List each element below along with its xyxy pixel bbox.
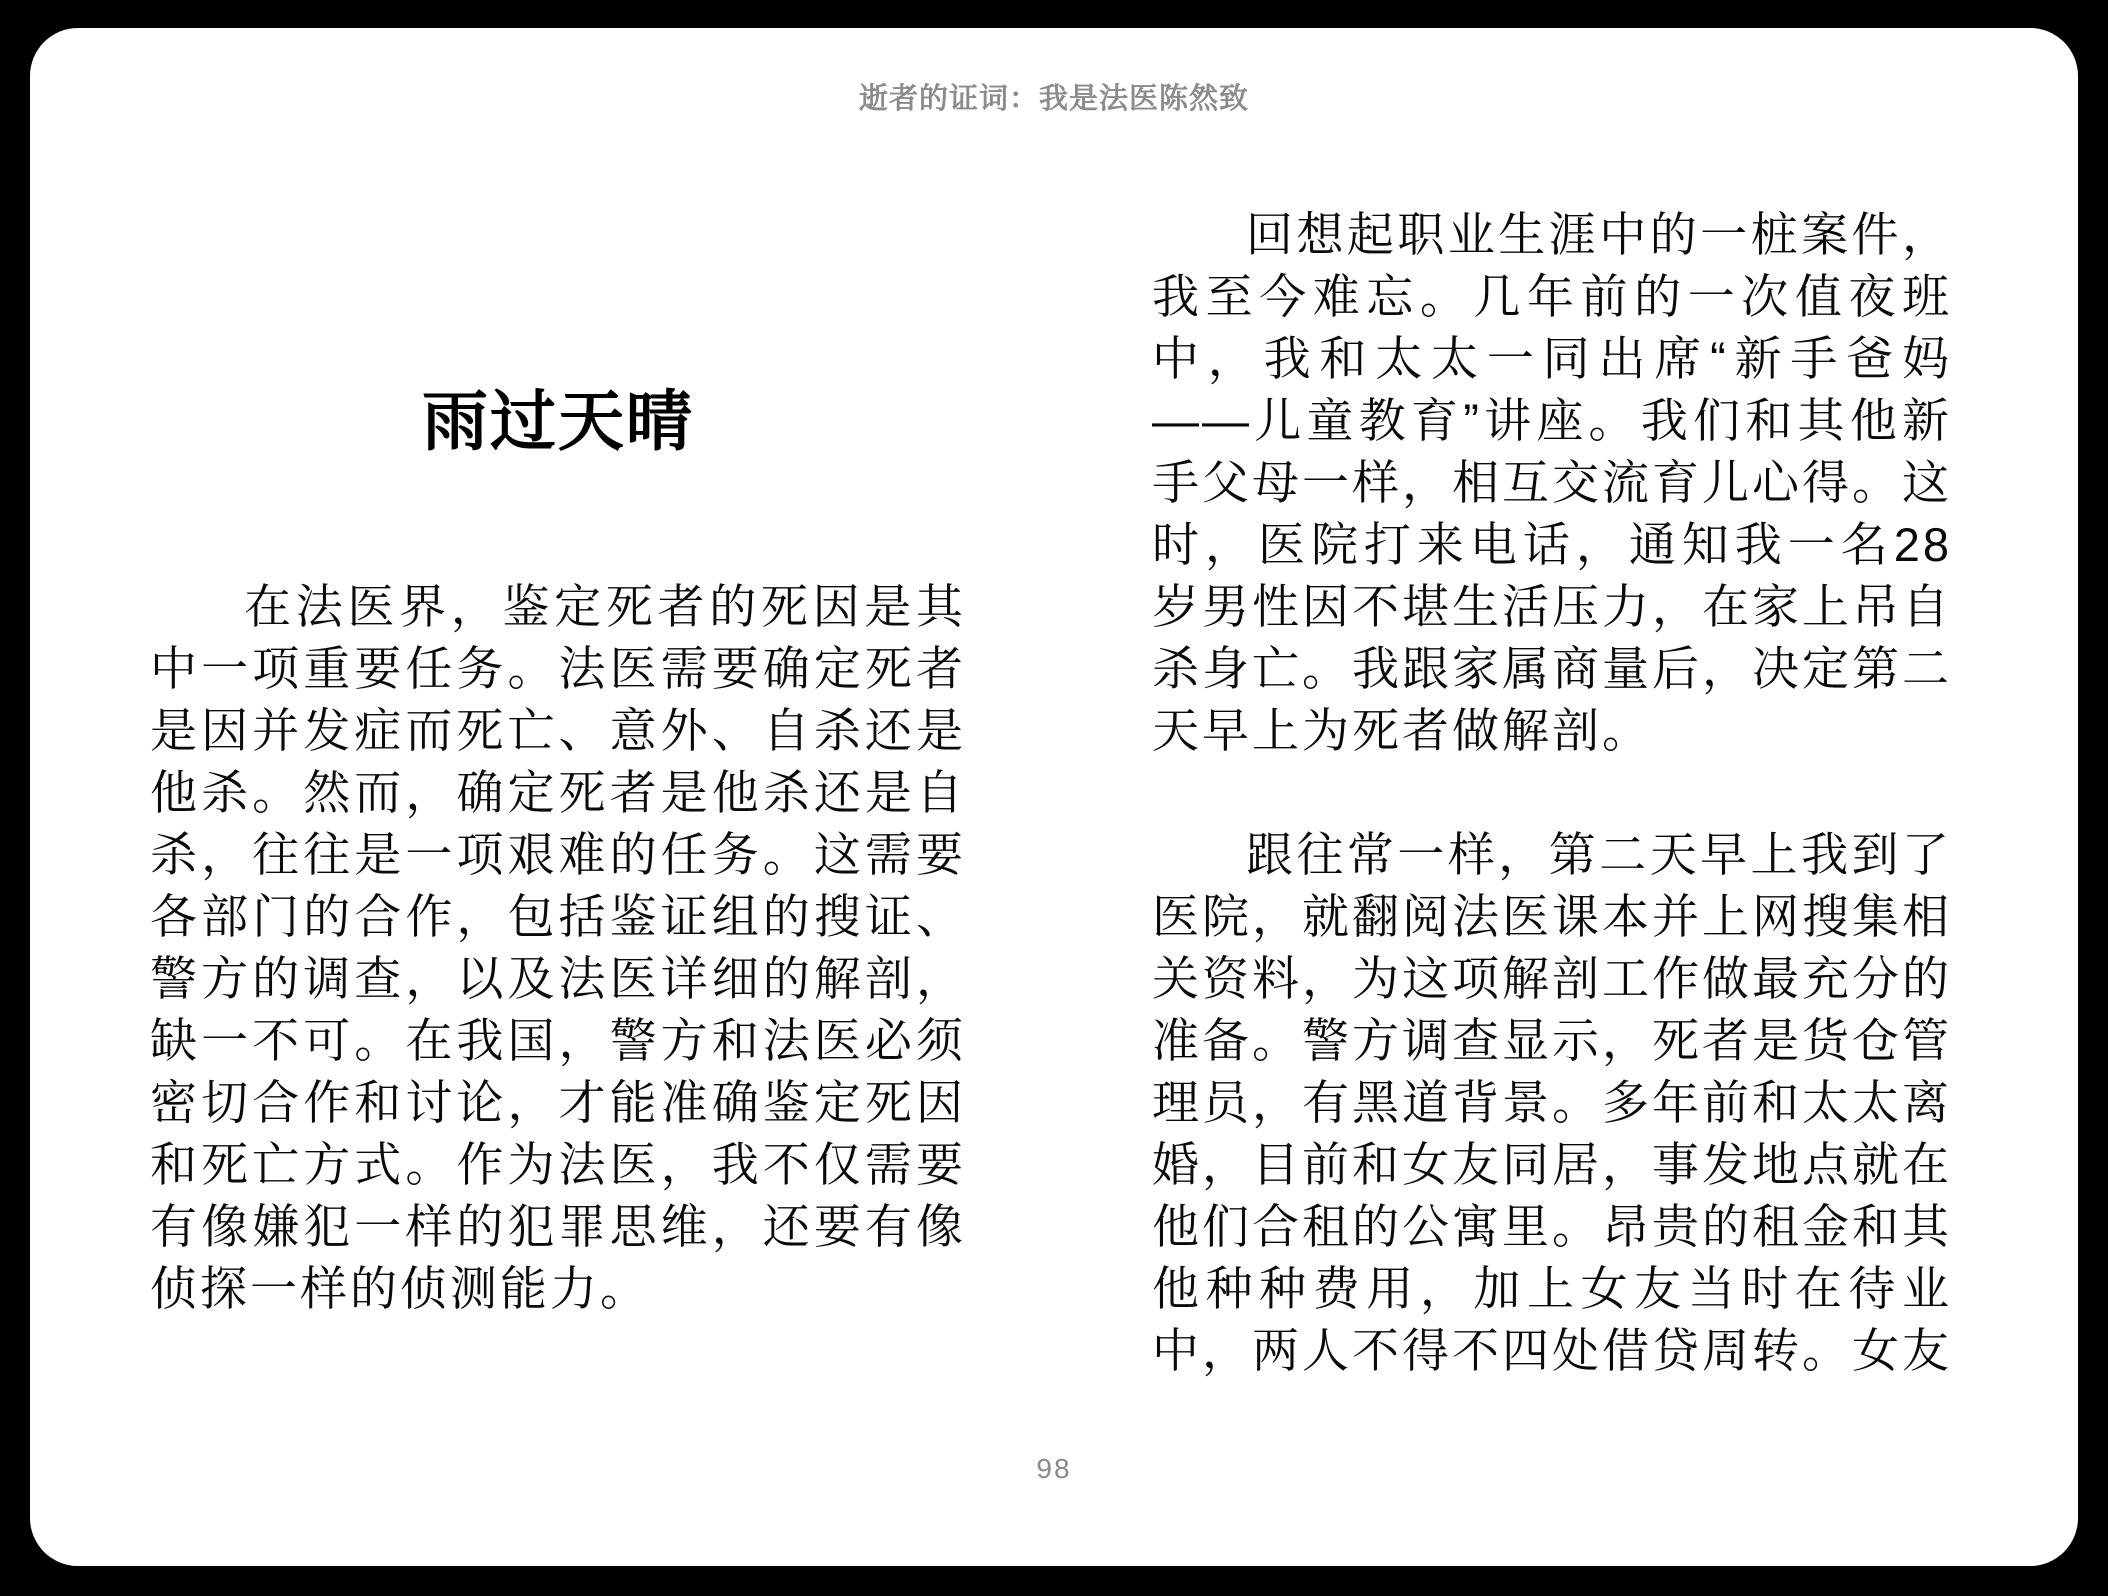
page-number: 98 (30, 1453, 2078, 1485)
paragraph: 跟往常一样，第二天早上我到了医院，就翻阅法医课本并上网搜集相关资料，为这项解剖工… (1152, 824, 1952, 1382)
running-header-book-title: 逝者的证词：我是法医陈然致 (30, 76, 2078, 117)
paragraph: 回想起职业生涯中的一桩案件，我至今难忘。几年前的一次值夜班中，我和太太一同出席“… (1152, 204, 1952, 762)
device-frame: 逝者的证词：我是法医陈然致 雨过天晴 在法医界，鉴定死者的死因是其中一项重要任务… (0, 0, 2108, 1596)
paragraph: 在法医界，鉴定死者的死因是其中一项重要任务。法医需要确定死者是因并发症而死亡、意… (150, 576, 966, 1320)
left-column: 在法医界，鉴定死者的死因是其中一项重要任务。法医需要确定死者是因并发症而死亡、意… (150, 576, 966, 1320)
right-column: 回想起职业生涯中的一桩案件，我至今难忘。几年前的一次值夜班中，我和太太一同出席“… (1152, 204, 1952, 1382)
chapter-title: 雨过天晴 (150, 368, 966, 463)
book-page-surface[interactable]: 逝者的证词：我是法医陈然致 雨过天晴 在法医界，鉴定死者的死因是其中一项重要任务… (30, 28, 2078, 1566)
